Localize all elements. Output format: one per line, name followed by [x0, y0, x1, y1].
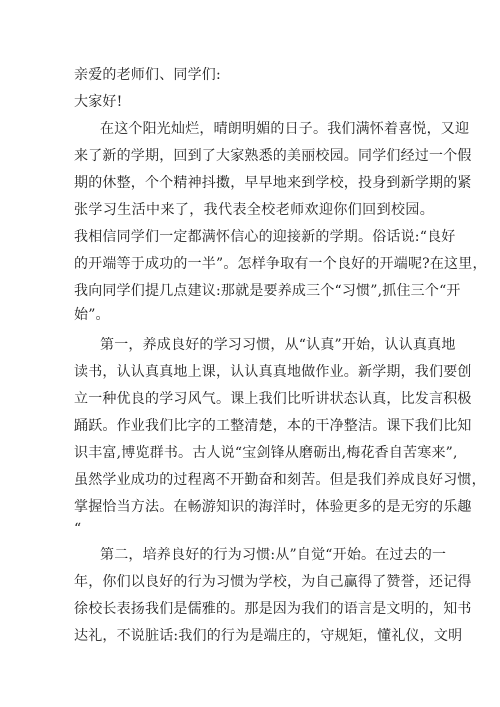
- text-line: 我向同学们提几点建议:那就是要养成三个“习惯”,抓住三个“开: [74, 282, 434, 300]
- text-line: “: [74, 520, 434, 538]
- document-page: 亲爱的老师们、同学们: 大家好! 在这个阳光灿烂，晴朗明媚的日子。我们满怀着喜悦…: [0, 0, 500, 707]
- text-line: 踊跃。作业我们比字的工整清楚，本的干净整洁。课下我们比知: [74, 417, 434, 435]
- text-line: 虽然学业成功的过程离不开勤奋和刻苦。但是我们养成良好习惯，: [74, 471, 434, 489]
- text-line: 年，你们以良好的行为习惯为学校，为自己赢得了赞誉，还记得: [74, 573, 434, 591]
- greeting: 大家好!: [74, 93, 434, 111]
- text-line: 期的休整，个个精神抖擞，早早地来到学校，投身到新学期的紧: [74, 174, 434, 192]
- text-line: 达礼，不说脏话:我们的行为是端庄的，守规矩，懂礼仪，文明: [74, 627, 434, 645]
- text-line: 在这个阳光灿烂，晴朗明媚的日子。我们满怀着喜悦，又迎: [100, 120, 434, 138]
- text-line: 来了新的学期，回到了大家熟悉的美丽校园。同学们经过一个假: [74, 147, 434, 165]
- text-line: 张学习生活中来了，我代表全校老师欢迎你们回到校园。: [74, 201, 434, 219]
- text-line: 我相信同学们一定都满怀信心的迎接新的学期。俗话说:“良好: [74, 228, 434, 246]
- text-line: 识丰富,博览群书。古人说“宝剑锋从磨砺出,梅花香自苦寒来”,: [74, 444, 434, 462]
- salutation: 亲爱的老师们、同学们:: [74, 66, 434, 84]
- text-line: 徐校长表扬我们是儒雅的。那是因为我们的语言是文明的，知书: [74, 600, 434, 618]
- text-line: 读书，认认真真地上课，认认真真地做作业。新学期，我们要创: [74, 363, 434, 381]
- text-line: 立一种优良的学习风气。课上我们比听讲状态认真，比发言积极: [74, 390, 434, 408]
- text-line: 的开端等于成功的一半”。怎样争取有一个良好的开端呢?在这里，: [74, 255, 434, 273]
- text-line: 第一，养成良好的学习习惯，从“认真”开始，认认真真地: [100, 336, 434, 354]
- text-line: 第二，培养良好的行为习惯:从”自觉“开始。在过去的一: [100, 546, 434, 564]
- text-line: 掌握恰当方法。在畅游知识的海洋时，体验更多的是无穷的乐趣: [74, 498, 434, 516]
- text-line: 始”。: [74, 306, 434, 324]
